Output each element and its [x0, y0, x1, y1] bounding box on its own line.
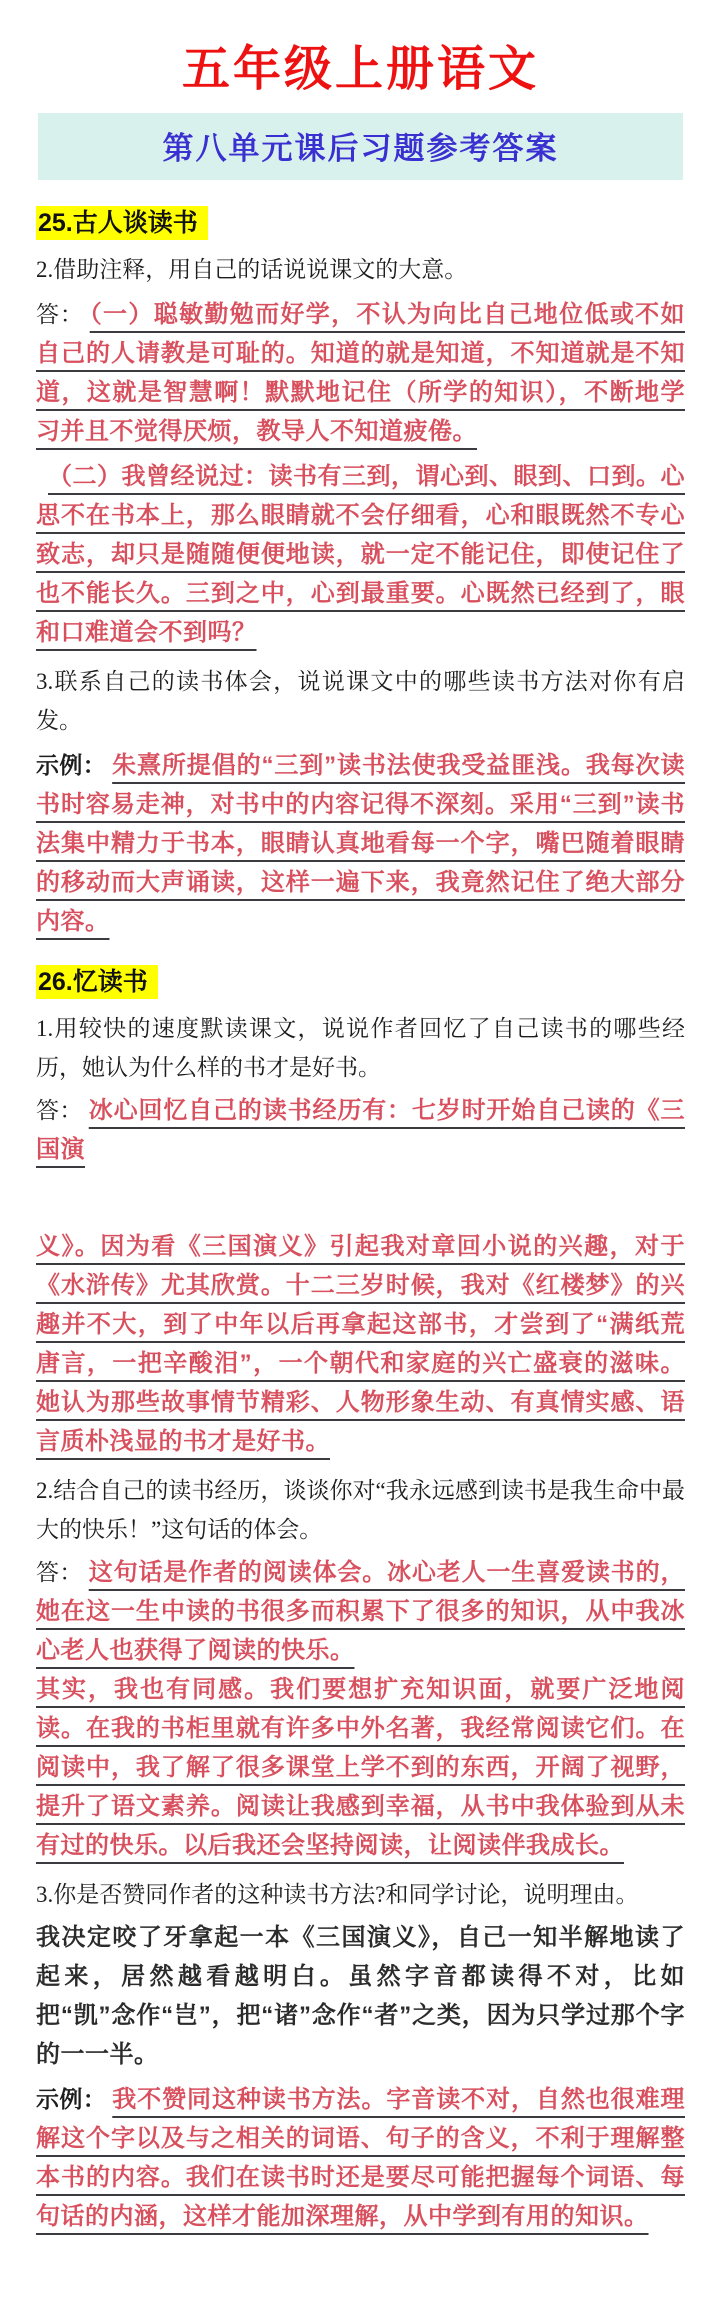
section-26: 26.忆读书 1.用较快的速度默读课文，说说作者回忆了自己读书的哪些经历，她认为… — [36, 965, 685, 2236]
answer-text: 其实，我也有同感。我们要想扩充知识面，就要广泛地阅读。在我的书柜里就有许多中外名… — [36, 1676, 685, 1859]
section-26-reference-paragraph: 我决定咬了牙拿起一本《三国演义》，自己一知半解地读了起来，居然越看越明白。虽然字… — [36, 1918, 685, 2074]
answer-text: （二）我曾经说过：读书有三到，谓心到、眼到、口到。心思不在书本上，那么眼睛就不会… — [36, 463, 685, 646]
section-25-answer-2-part-1: 答：（一）聪敏勤勉而好学，不认为向比自己地位低或不如自己的人请教是可耻的。知道的… — [36, 295, 685, 451]
section-26-question-3: 3.你是否赞同作者的这种读书方法?和同学讨论，说明理由。 — [36, 1875, 685, 1914]
section-26-example: 示例：我不赞同这种读书方法。字音读不对，自然也很难理解这个字以及与之相关的词语、… — [36, 2080, 685, 2236]
section-26-answer-2-part-2: 其实，我也有同感。我们要想扩充知识面，就要广泛地阅读。在我的书柜里就有许多中外名… — [36, 1670, 685, 1865]
section-25-heading: 25.古人谈读书 — [36, 206, 685, 240]
section-26-question-2: 2.结合自己的读书经历，谈谈你对“我永远感到读书是我生命中最大的快乐！”这句话的… — [36, 1471, 685, 1549]
section-25-question-3: 3.联系自己的读书体会，说说课文中的哪些读书方法对你有启发。 — [36, 662, 685, 740]
subtitle-banner: 第八单元课后习题参考答案 — [38, 113, 683, 180]
subtitle-text: 第八单元课后习题参考答案 — [163, 131, 559, 166]
example-text: 我不赞同这种读书方法。字音读不对，自然也很难理解这个字以及与之相关的词语、句子的… — [36, 2086, 685, 2230]
section-26-answer-1-part-2: 义》。因为看《三国演义》引起我对章回小说的兴趣，对于《水浒传》尤其欣赏。十二三岁… — [36, 1227, 685, 1461]
answer-text: 冰心回忆自己的读书经历有：七岁时开始自己读的《三国演 — [36, 1097, 685, 1163]
reference-text: 我决定咬了牙拿起一本《三国演义》，自己一知半解地读了起来，居然越看越明白。虽然字… — [36, 1924, 685, 2068]
section-26-answer-2-part-1: 答：这句话是作者的阅读体会。冰心老人一生喜爱读书的，她在这一生中读的书很多而积累… — [36, 1553, 685, 1670]
section-25: 25.古人谈读书 2.借助注释，用自己的话说说课文的大意。 答：（一）聪敏勤勉而… — [36, 206, 685, 941]
section-26-answer-1-part-1: 答：冰心回忆自己的读书经历有：七岁时开始自己读的《三国演 — [36, 1091, 685, 1169]
worksheet-page: 五年级上册语文 第八单元课后习题参考答案 25.古人谈读书 2.借助注释，用自己… — [0, 0, 719, 2322]
section-25-example: 示例：朱熹所提倡的“三到”读书法使我受益匪浅。我每次读书时容易走神，对书中的内容… — [36, 746, 685, 941]
example-label: 示例： — [36, 2086, 112, 2112]
example-label: 示例： — [36, 752, 112, 778]
section-25-heading-highlight: 25.古人谈读书 — [36, 206, 208, 240]
answer-text: 义》。因为看《三国演义》引起我对章回小说的兴趣，对于《水浒传》尤其欣赏。十二三岁… — [36, 1233, 685, 1455]
example-text: 朱熹所提倡的“三到”读书法使我受益匪浅。我每次读书时容易走神，对书中的内容记得不… — [36, 752, 685, 935]
page-break-gap — [36, 1169, 685, 1227]
section-25-question-2: 2.借助注释，用自己的话说说课文的大意。 — [36, 250, 685, 289]
page-title: 五年级上册语文 — [36, 30, 685, 99]
answer-label: 答： — [36, 1560, 89, 1585]
answer-label: 答： — [36, 1098, 89, 1123]
answer-text: 这句话是作者的阅读体会。冰心老人一生喜爱读书的，她在这一生中读的书很多而积累下了… — [36, 1559, 685, 1664]
answer-label: 答： — [36, 302, 90, 327]
section-26-heading: 26.忆读书 — [36, 965, 685, 999]
section-26-heading-highlight: 26.忆读书 — [36, 965, 158, 999]
section-26-question-1: 1.用较快的速度默读课文，说说作者回忆了自己读书的哪些经历，她认为什么样的书才是… — [36, 1009, 685, 1087]
section-25-answer-2-part-2: （二）我曾经说过：读书有三到，谓心到、眼到、口到。心思不在书本上，那么眼睛就不会… — [36, 457, 685, 652]
answer-text: （一）聪敏勤勉而好学，不认为向比自己地位低或不如自己的人请教是可耻的。知道的就是… — [36, 301, 685, 445]
